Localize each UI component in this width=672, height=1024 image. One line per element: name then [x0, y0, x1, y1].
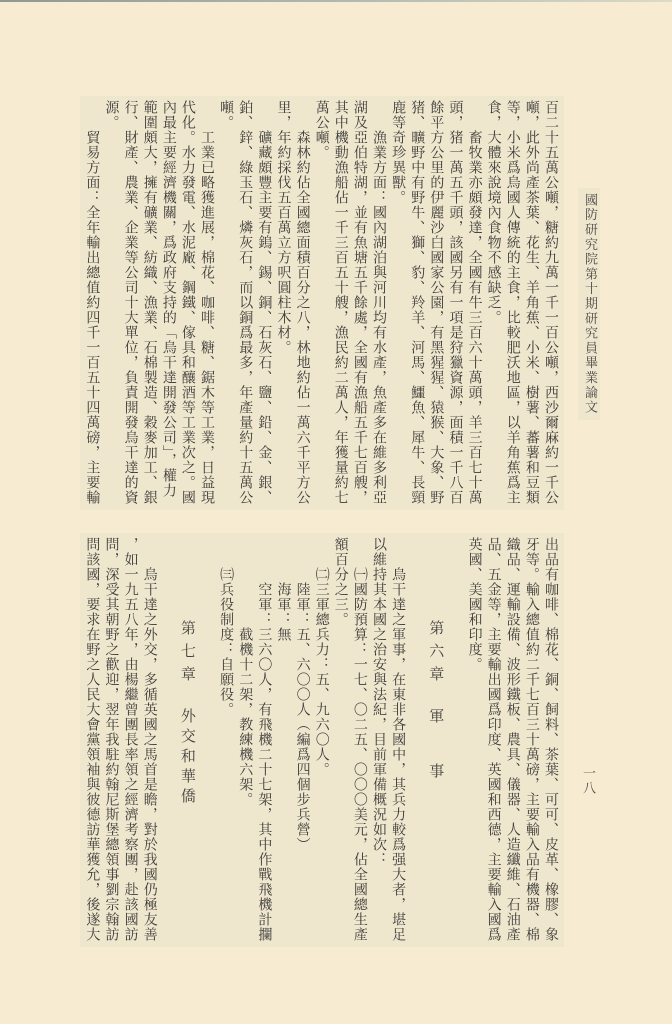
chapter-number: 第六章	[424, 620, 447, 689]
text-column: 額百分之三。	[331, 537, 350, 943]
text-column: 織品、運輸設備、波形鐵板、農具、儀器、人造纖維、石油產	[503, 537, 522, 943]
text-column: 範圍頗大，擁有礦業、紡織、漁業、石棉製造、穀麥加工、銀	[140, 100, 159, 505]
text-column: ㈢兵役制度：自願役。	[216, 537, 235, 943]
text-column: 源。	[101, 100, 120, 505]
text-column: 陸軍：五、六〇〇人（編爲四個步兵營）	[292, 537, 311, 943]
running-header: 國防研究院第十期研究員畢業論文	[582, 193, 597, 415]
text-column: 出品有咖啡、棉花、銅、飼料、茶葉、可可、皮革、橡膠、象	[541, 537, 560, 943]
text-column: 空軍：三六〇人，有飛機二十七架，其中作戰飛機計攔	[254, 537, 273, 943]
chapter-heading-7: 第七章 外交和華僑	[178, 537, 197, 943]
text-column: 里，年約採伐五百萬立方呎圓柱木材。	[273, 100, 292, 505]
text-column: 以維持其本國之治安與法紀，目前軍備概況如次：	[369, 537, 388, 943]
lower-text-block: 出品有咖啡、棉花、銅、飼料、茶葉、可可、皮革、橡膠、象 牙等。輸入總值約二千七百…	[82, 537, 560, 943]
text-column: 噸。	[216, 100, 235, 505]
text-column: 烏干達之軍事，在東非各國中，其兵力較爲强大者，堪足	[388, 537, 407, 943]
text-column: 猪、曠野中有野牛、獅、豹、羚羊、河馬、鱷魚、犀牛、長頸	[407, 100, 426, 505]
text-column: 內最主要經濟機關，爲政府支持的「烏干達開發公司」，權力	[159, 100, 178, 505]
chapter-title: 軍事	[424, 708, 447, 818]
chapter-heading-6: 第六章 軍事	[426, 537, 445, 943]
text-column: 截機十二架，教練機六架。	[235, 537, 254, 943]
text-column: 餘平方公里的伊麗沙白國家公園，有黑猩猩、猿猴、大象、野	[426, 100, 445, 505]
column-spacer	[445, 537, 464, 943]
text-column: 噸，此外尚產茶葉、花生、羊角蕉、小米、樹薯、蕃薯和豆類	[522, 100, 541, 505]
text-column: 牙等。輸入總值約二千七百三十萬磅，主要輸入品有機器、棉	[522, 537, 541, 943]
text-column: 礦藏頗豐主要有鎢、錫、銅、石灰石、鹽、鉛、金、銀、	[254, 100, 273, 505]
text-column: 湖及亞伯特湖，並有魚塘五千餘處，全國有漁船五千七百艘，	[350, 100, 369, 505]
upper-text-block: 百二十五萬公噸，糖約九萬一千一百公噸，西沙爾麻約一千公 噸，此外尚產茶葉、花生、…	[82, 100, 560, 505]
text-column: 英國、美國和印度。	[464, 537, 483, 943]
text-column: 頭，猪一萬五千頭，該國另有一項是狩獵資源，面積一千八百	[445, 100, 464, 505]
text-column: 貿易方面：全年輸出總值約四千一百五十四萬磅，主要輸	[82, 100, 101, 505]
text-column: 百二十五萬公噸，糖約九萬一千一百公噸，西沙爾麻約一千公	[541, 100, 560, 505]
text-column: 工業已略獲進展，棉花、咖啡、糖、鋸木等工業，日益現	[197, 100, 216, 505]
text-column: 品、五金等，主要輸出國爲印度、英國和西德，主要輸入國爲	[484, 537, 503, 943]
chapter-number: 第七章	[176, 620, 199, 689]
text-column: 漁業方面：國內湖泊與河川均有水產，魚產多在維多利亞	[369, 100, 388, 505]
text-column: 問該國，要求在野之人民大會黨領袖與彼德訪華獲允，後遂大	[82, 537, 101, 943]
text-column: 烏干達之外交，多循英國之馬首是瞻，對於我國仍極友善	[140, 537, 159, 943]
page-number: 一八	[580, 766, 595, 796]
text-column: 代化。水力發電、水泥廠、鋼鐵、傢具和釀酒等工業次之。國	[178, 100, 197, 505]
text-column: 畜牧業亦頗發達，全國有牛三百六十萬頭，羊三百七十萬	[464, 100, 483, 505]
scan-top-edge	[0, 0, 672, 2]
text-column: 等，小米爲烏國人傳統的主食，比較肥沃地區，以羊角蕉爲主	[503, 100, 522, 505]
text-column: 鹿等奇珍異獸。	[388, 100, 407, 505]
text-column: ，如一九五八年，由楊繼曾團長率領之經濟考察團，赴該國訪	[120, 537, 139, 943]
text-column: 其中機動漁船佔一千三百五十艘，漁民約二萬人，年獲量約七	[331, 100, 350, 505]
text-column: 行、財產、農業、企業等公司十大單位，負責開發烏干達的資	[120, 100, 139, 505]
text-column: ㈠國防預算：一七、〇二五、〇〇〇美元，佔全國總生產	[350, 537, 369, 943]
text-column: 森林約佔全國總面積百分之八，林地約佔一萬六千平方公	[292, 100, 311, 505]
text-column: 海軍：無	[273, 537, 292, 943]
text-column: 鉑、鋅、綠玉石、燐灰石，而以銅爲最多，年產量約十五萬公	[235, 100, 254, 505]
chapter-title: 外交和華僑	[176, 708, 199, 808]
text-column: 食，大體來說境內食物不感缺乏。	[484, 100, 503, 505]
column-spacer	[197, 537, 216, 943]
text-column: 問，深受其朝野之歡迎，翌年我駐約翰尼斯堡總領事劉宗翰訪	[101, 537, 120, 943]
text-column: ㈡三軍總兵力：五、九六〇人。	[312, 537, 331, 943]
text-column: 萬公噸。	[312, 100, 331, 505]
